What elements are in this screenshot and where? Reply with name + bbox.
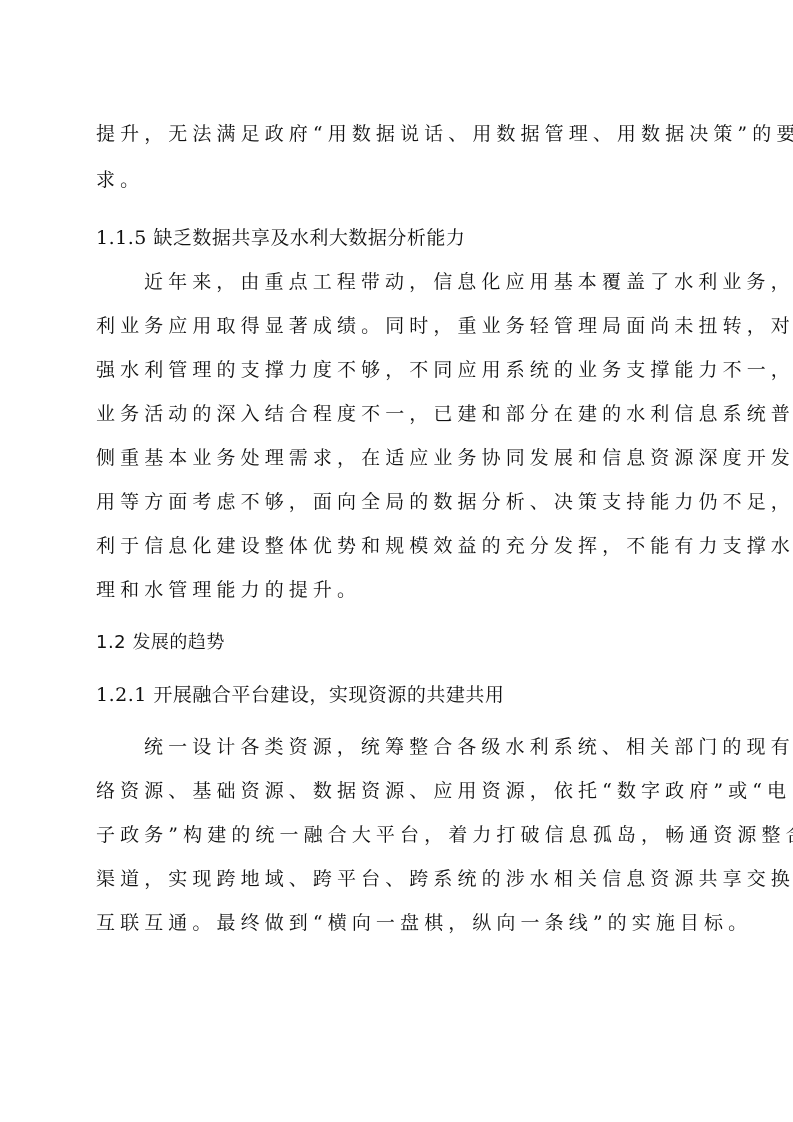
paragraph-line: 提升，无法满足政府“用数据说话、用数据管理、用数据决策”的要 — [96, 122, 793, 146]
section-heading-1-2-1: 1.2.1 开展融合平台建设，实现资源的共建共用 — [96, 683, 504, 707]
paragraph-line: 络资源、基础资源、数据资源、应用资源，依托“数字政府”或“电 — [96, 779, 791, 803]
section-heading-1-1-5: 1.1.5 缺乏数据共享及水利大数据分析能力 — [96, 226, 465, 250]
paragraph-line: 用等方面考虑不够，面向全局的数据分析、决策支持能力仍不足，不 — [96, 490, 793, 514]
paragraph-line: 强水利管理的支撑力度不够，不同应用系统的业务支撑能力不一，与 — [96, 358, 793, 382]
paragraph-line: 求。 — [96, 168, 144, 192]
paragraph-line: 侧重基本业务处理需求，在适应业务协同发展和信息资源深度开发利 — [96, 446, 793, 470]
paragraph-line: 业务活动的深入结合程度不一，已建和部分在建的水利信息系统普遍 — [96, 402, 793, 426]
paragraph-line: 利于信息化建设整体优势和规模效益的充分发挥，不能有力支撑水治 — [96, 534, 793, 558]
section-heading-1-2: 1.2 发展的趋势 — [96, 631, 225, 655]
paragraph-line: 利业务应用取得显著成绩。同时，重业务轻管理局面尚未扭转，对加 — [96, 314, 793, 338]
paragraph-line: 理和水管理能力的提升。 — [96, 578, 361, 602]
paragraph-line: 近年来，由重点工程带动，信息化应用基本覆盖了水利业务，水 — [144, 270, 793, 294]
paragraph-line: 统一设计各类资源，统筹整合各级水利系统、相关部门的现有网 — [144, 735, 793, 759]
paragraph-line: 互联互通。最终做到“横向一盘棋，纵向一条线”的实施目标。 — [96, 911, 752, 935]
paragraph-line: 子政务”构建的统一融合大平台，着力打破信息孤岛，畅通资源整合 — [96, 823, 793, 847]
paragraph-line: 渠道，实现跨地域、跨平台、跨系统的涉水相关信息资源共享交换与 — [96, 867, 793, 891]
